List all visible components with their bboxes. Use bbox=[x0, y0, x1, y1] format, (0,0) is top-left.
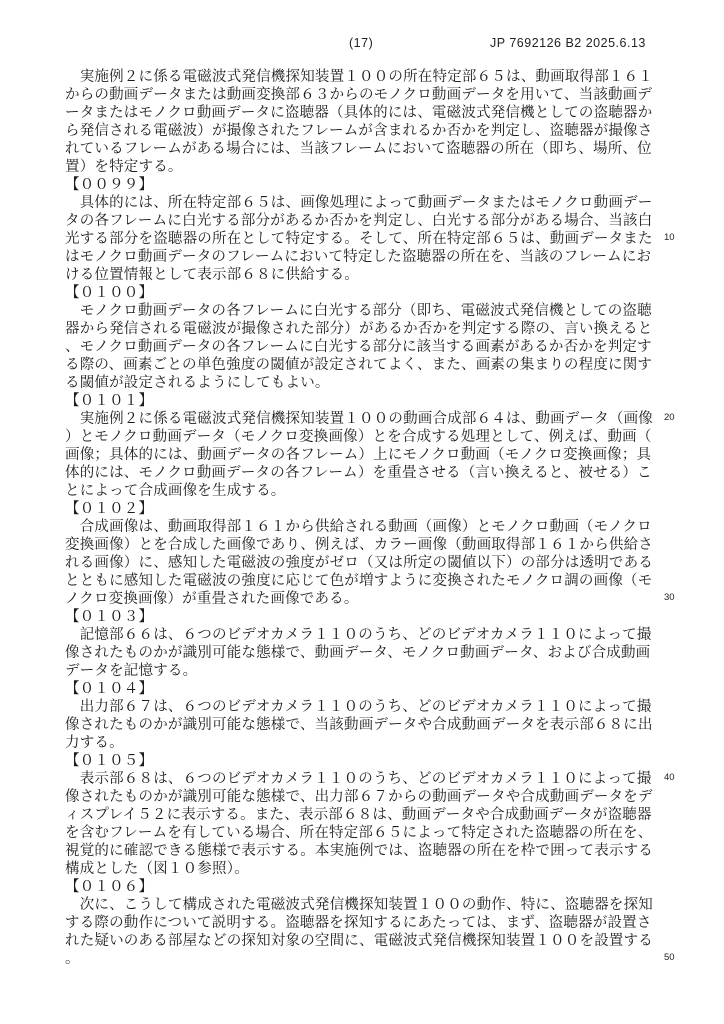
paragraph-text: 記憶部６６は、６つのビデオカメラ１１０のうち、どのビデオカメラ１１０によって撮 … bbox=[65, 626, 661, 680]
paragraph-number-tag: 【０１０４】 bbox=[65, 680, 661, 698]
paragraph-number-tag: 【０１０２】 bbox=[65, 500, 661, 518]
publication-number: JP 7692126 B2 2025.6.13 bbox=[490, 36, 646, 50]
paragraph-text: 具体的には、所在特定部６５は、画像処理によって動画データまたはモノクロ動画デー … bbox=[65, 194, 661, 284]
paragraph-text: 出力部６７は、６つのビデオカメラ１１０のうち、どのビデオカメラ１１０によって撮 … bbox=[65, 698, 661, 752]
paragraph-text: 次に、こうして構成された電磁波式発信機探知装置１００の動作、特に、盗聴器を探知 … bbox=[65, 896, 661, 968]
paragraph-number-tag: 【０１０３】 bbox=[65, 608, 661, 626]
document-body: 実施例２に係る電磁波式発信機探知装置１００の所在特定部６５は、動画取得部１６１ … bbox=[65, 68, 661, 968]
margin-line-number: 20 bbox=[664, 411, 684, 425]
margin-line-number: 10 bbox=[664, 231, 684, 245]
paragraph-text: モノクロ動画データの各フレームに白光する部分（即ち、電磁波式発信機としての盗聴 … bbox=[65, 302, 661, 392]
paragraph-text: 合成画像は、動画取得部１６１から供給される動画（画像）とモノクロ動画（モノクロ … bbox=[65, 518, 661, 608]
margin-line-number: 40 bbox=[664, 771, 684, 785]
paragraph-number-tag: 【０１０１】 bbox=[65, 392, 661, 410]
margin-line-number: 50 bbox=[664, 951, 684, 965]
paragraph-number-tag: 【００９９】 bbox=[65, 176, 661, 194]
paragraph-text: 実施例２に係る電磁波式発信機探知装置１００の所在特定部６５は、動画取得部１６１ … bbox=[65, 68, 661, 176]
patent-document-page: (17) JP 7692126 B2 2025.6.13 実施例２に係る電磁波式… bbox=[0, 0, 724, 1024]
margin-line-number: 30 bbox=[664, 591, 684, 605]
paragraph-number-tag: 【０１００】 bbox=[65, 284, 661, 302]
sheet-number: (17) bbox=[349, 36, 373, 50]
document-header: (17) JP 7692126 B2 2025.6.13 bbox=[0, 36, 724, 54]
paragraph-text: 実施例２に係る電磁波式発信機探知装置１００の動画合成部６４は、動画データ（画像 … bbox=[65, 410, 661, 500]
paragraph-text: 表示部６８は、６つのビデオカメラ１１０のうち、どのビデオカメラ１１０によって撮 … bbox=[65, 770, 661, 878]
paragraph-number-tag: 【０１０５】 bbox=[65, 752, 661, 770]
paragraph-number-tag: 【０１０６】 bbox=[65, 878, 661, 896]
